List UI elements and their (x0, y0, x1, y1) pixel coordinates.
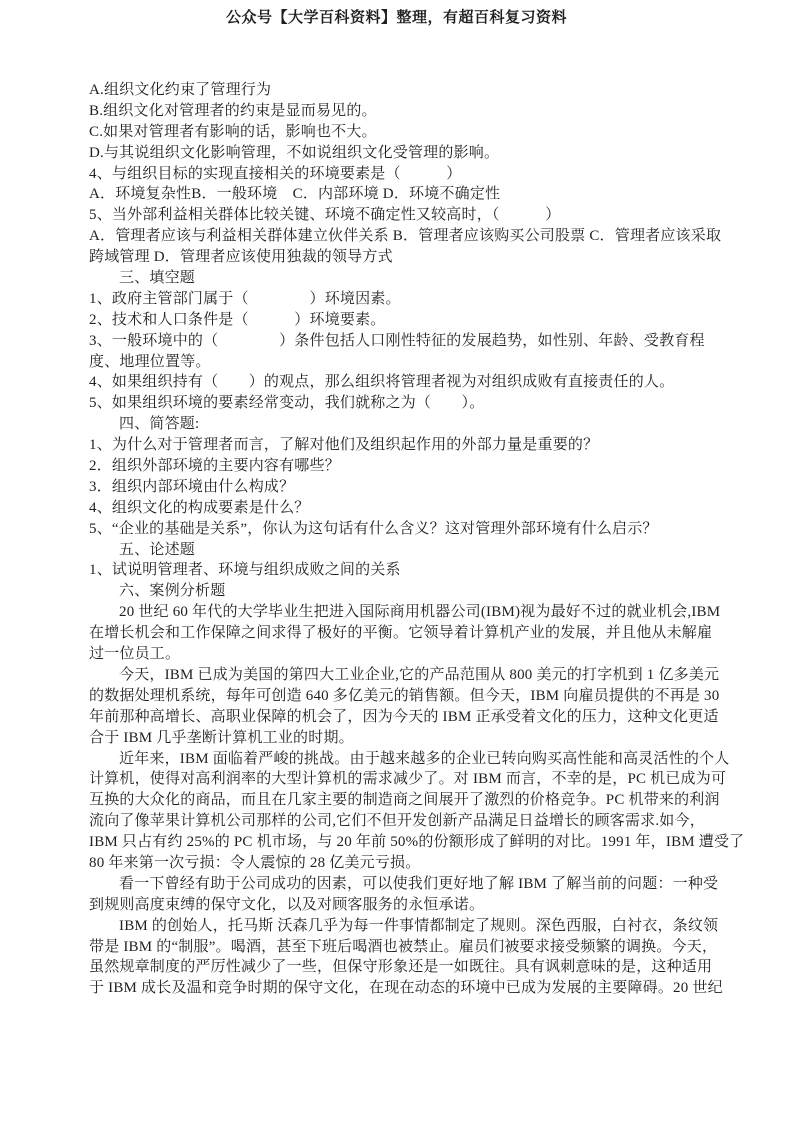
document-line: 的数据处理机系统，每年可创造 640 多亿美元的销售额。但今天，IBM 向雇员提… (89, 686, 769, 707)
document-line: 2、技术和人口条件是（ ）环境要素。 (89, 310, 769, 331)
document-line: 度、地理位置等。 (89, 352, 769, 373)
document-line: 看一下曾经有助于公司成功的因素，可以使我们更好地了解 IBM 了解当前的问题：一… (89, 874, 769, 895)
document-line: 互换的大众化的商品，而且在几家主要的制造商之间展开了激烈的价格竞争。PC 机带来… (89, 790, 769, 811)
document-line: A.组织文化约束了管理行为 (89, 80, 769, 101)
document-line: 合于 IBM 几乎垄断计算机工业的时期。 (89, 728, 769, 749)
document-line: 流向了像苹果计算机公司那样的公司,它们不但开发创新产品满足日益增长的顾客需求.如… (89, 811, 769, 832)
document-line: 到规则高度束缚的保守文化，以及对顾客服务的永恒承诺。 (89, 895, 769, 916)
document-line: 计算机，使得对高利润率的大型计算机的需求减少了。对 IBM 而言，不幸的是，PC… (89, 769, 769, 790)
document-line: 今天，IBM 已成为美国的第四大工业企业,它的产品范围从 800 美元的打字机到… (89, 665, 769, 686)
page-header-title: 公众号【大学百科资料】整理，有超百科复习资料 (0, 6, 793, 27)
document-line: 2．组织外部环境的主要内容有哪些？ (89, 456, 769, 477)
document-line: 5、“企业的基础是关系”，你认为这句话有什么含义？这对管理外部环境有什么启示？ (89, 519, 769, 540)
document-line: C.如果对管理者有影响的话，影响也不大。 (89, 122, 769, 143)
document-line: 六、案例分析题 (89, 581, 769, 602)
document-line: 5、当外部利益相关群体比较关键、环境不确定性又较高时，（ ） (89, 205, 769, 226)
document-line: 五、论述题 (89, 540, 769, 561)
document-line: 4、与组织目标的实现直接相关的环境要素是（ ） (89, 164, 769, 185)
document-line: 3．组织内部环境由什么构成？ (89, 477, 769, 498)
document-line: A．管理者应该与利益相关群体建立伙伴关系 B．管理者应该购买公司股票 C．管理者… (89, 226, 769, 247)
document-line: D.与其说组织文化影响管理，不如说组织文化受管理的影响。 (89, 143, 769, 164)
document-line: 4、组织文化的构成要素是什么？ (89, 498, 769, 519)
document-line: 跨域管理 D．管理者应该使用独裁的领导方式 (89, 247, 769, 268)
document-line: 4、如果组织持有（ ）的观点，那么组织将管理者视为对组织成败有直接责任的人。 (89, 372, 769, 393)
document-line: IBM 的创始人，托马斯 沃森几乎为每一件事情都制定了规则。深色西服，白衬衣，条… (89, 916, 769, 937)
document-line: B.组织文化对管理者的约束是显而易见的。 (89, 101, 769, 122)
document-line: IBM 只占有约 25%的 PC 机市场，与 20 年前 50%的份额形成了鲜明… (89, 832, 769, 853)
document-line: 1、政府主管部门属于（ ）环境因素。 (89, 289, 769, 310)
document-line: 年前那种高增长、高职业保障的机会了，因为今天的 IBM 正承受着文化的压力，这种… (89, 707, 769, 728)
document-line: 带是 IBM 的“制服”。喝酒，甚至下班后喝酒也被禁止。雇员们被要求接受频繁的调… (89, 937, 769, 958)
document-line: 20 世纪 60 年代的大学毕业生把进入国际商用机器公司(IBM)视为最好不过的… (89, 602, 769, 623)
document-line: 在增长机会和工作保障之间求得了极好的平衡。它领导着计算机产业的发展，并且他从未解… (89, 623, 769, 644)
document-line: 3、一般环境中的（ ）条件包括人口刚性特征的发展趋势，如性别、年龄、受教育程 (89, 331, 769, 352)
document-body: A.组织文化约束了管理行为B.组织文化对管理者的约束是显而易见的。C.如果对管理… (89, 80, 769, 999)
document-line: 虽然规章制度的严厉性减少了一些，但保守形象还是一如既往。具有讽刺意味的是，这种适… (89, 957, 769, 978)
document-line: A．环境复杂性B．一般环境 C．内部环境 D．环境不确定性 (89, 184, 769, 205)
document-line: 80 年来第一次亏损：令人震惊的 28 亿美元亏损。 (89, 853, 769, 874)
document-line: 三、填空题 (89, 268, 769, 289)
document-line: 过一位员工。 (89, 644, 769, 665)
document-line: 1、试说明管理者、环境与组织成败之间的关系 (89, 560, 769, 581)
document-line: 近年来，IBM 面临着严峻的挑战。由于越来越多的企业已转向购买高性能和高灵活性的… (89, 749, 769, 770)
document-line: 5、如果组织环境的要素经常变动，我们就称之为（ ）。 (89, 393, 769, 414)
document-line: 1、为什么对于管理者而言，了解对他们及组织起作用的外部力量是重要的？ (89, 435, 769, 456)
document-line: 四、简答题: (89, 414, 769, 435)
document-line: 于 IBM 成长及温和竞争时期的保守文化，在现在动态的环境中已成为发展的主要障碍… (89, 978, 769, 999)
